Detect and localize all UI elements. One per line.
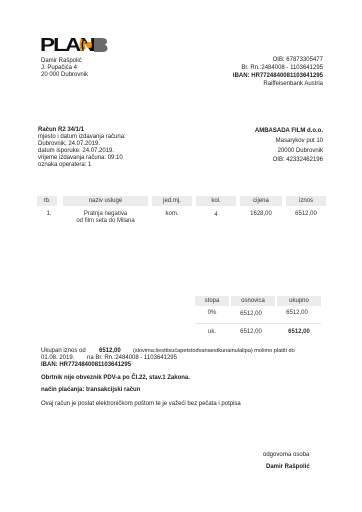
item-unit: kom. <box>152 211 192 219</box>
electronic-note: Ovaj račun je poslat elektroničkom pošto… <box>41 401 241 408</box>
tax-sum-total: 6512,00 <box>277 329 321 337</box>
payment-method: način plaćanja: transakcijski račun <box>41 387 140 394</box>
tax-rate: 0% <box>195 310 229 318</box>
company-logo: PLAN <box>40 36 83 54</box>
item-qty: 4 <box>196 212 236 220</box>
invoice-operator: oznaka operatera: 1 <box>38 162 91 169</box>
item-amount: 6512,00 <box>286 211 326 219</box>
item-rb: 1. <box>37 211 61 219</box>
tax-header-rate: stopa <box>195 296 229 306</box>
tax-header-base: osnovica <box>231 296 275 306</box>
issuer-account: Br. Rn.:2484008 - 1103641295 <box>241 65 323 72</box>
tax-total: 6512,00 <box>277 310 317 318</box>
issuer-iban: IBAN: HR7724840081103641295 <box>233 73 323 80</box>
items-header-amount: iznos <box>286 196 326 206</box>
items-header-name: naziv usluge <box>63 196 148 206</box>
signature-label: odgovorna osoba <box>263 452 309 459</box>
client-city: 20000 Dubrovnik <box>278 148 323 155</box>
client-oib: OIB: 42332462196 <box>273 157 323 164</box>
items-header-price: cijena <box>240 196 282 206</box>
items-header-rb: rb. <box>37 196 57 206</box>
issuer-oib: OIB: 67873305477 <box>273 57 323 64</box>
tax-sum-label: uk. <box>195 329 229 337</box>
items-header-qty: kol. <box>196 196 236 206</box>
items-header-unit: jed.mj. <box>152 196 192 206</box>
vat-note: Obrtnik nije obveznik PDV-a po Čl.22, st… <box>41 375 190 382</box>
issuer-city: 20 000 Dubrovnik <box>41 72 88 79</box>
item-name-line2: od film seta do Milana <box>63 218 148 226</box>
payment-iban: IBAN: HR7724840081103641295 <box>41 362 131 369</box>
tax-header-total: ukupno <box>277 296 321 306</box>
client-street: Masarykov put 10 <box>276 138 323 145</box>
tax-sum-base: 6512,00 <box>231 329 271 337</box>
tax-base: 6512,00 <box>231 311 271 319</box>
item-price: 1628,00 <box>240 211 282 219</box>
signature-name: Damir Rašpolić <box>266 464 310 471</box>
issuer-bank: Raiffeisenbank Austria <box>263 81 323 88</box>
client-name: AMBASADA FILM d.o.o. <box>255 128 323 135</box>
tax-divider <box>195 323 321 324</box>
logo-mark-icon <box>79 36 115 54</box>
